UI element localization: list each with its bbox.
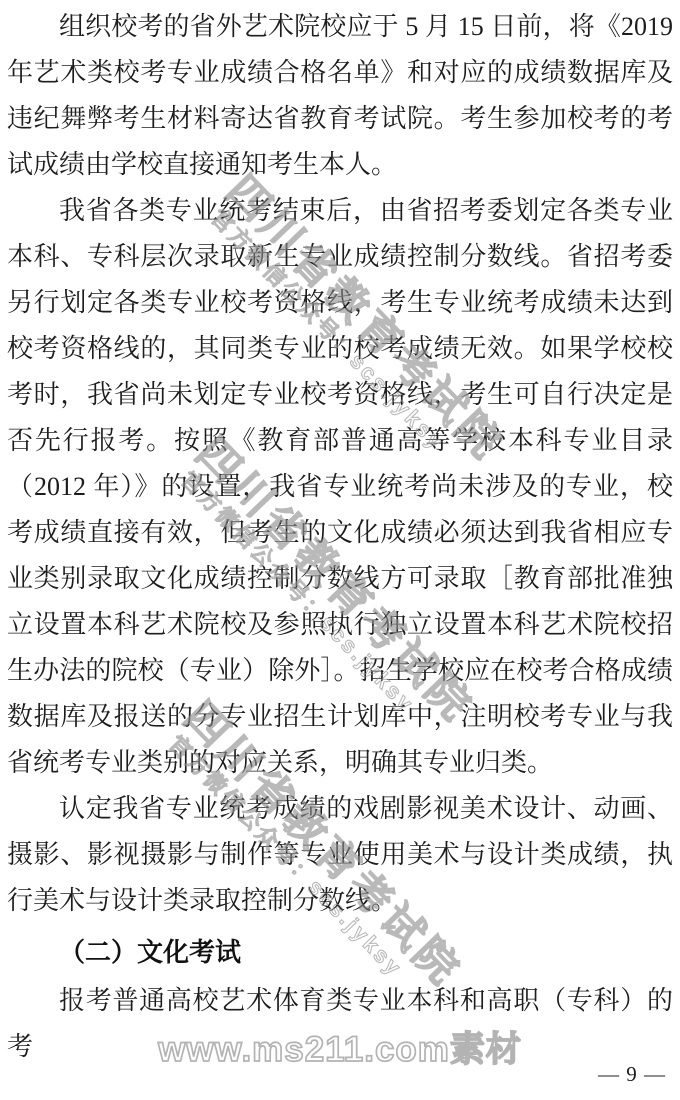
paragraph-art-design-categories: 认定我省专业统考成绩的戏剧影视美术设计、动画、摄影、影视摄影与制作等专业使用美术… bbox=[7, 786, 673, 924]
paragraph-culture-exam-intro: 报考普通高校艺术体育类专业本科和高职（专科）的考 bbox=[7, 978, 673, 1070]
page-number: — 9 — bbox=[598, 1062, 666, 1087]
document-page-body: 组织校考的省外艺术院校应于 5 月 15 日前，将《2019 年艺术类校考专业成… bbox=[0, 0, 680, 1070]
paragraph-score-control-lines: 我省各类专业统考结束后，由省招考委划定各类专业本科、专科层次录取新生专业成绩控制… bbox=[7, 188, 673, 786]
section-heading-culture-exam: （二）文化考试 bbox=[7, 929, 673, 975]
paragraph-school-exam-results: 组织校考的省外艺术院校应于 5 月 15 日前，将《2019 年艺术类校考专业成… bbox=[7, 4, 673, 188]
